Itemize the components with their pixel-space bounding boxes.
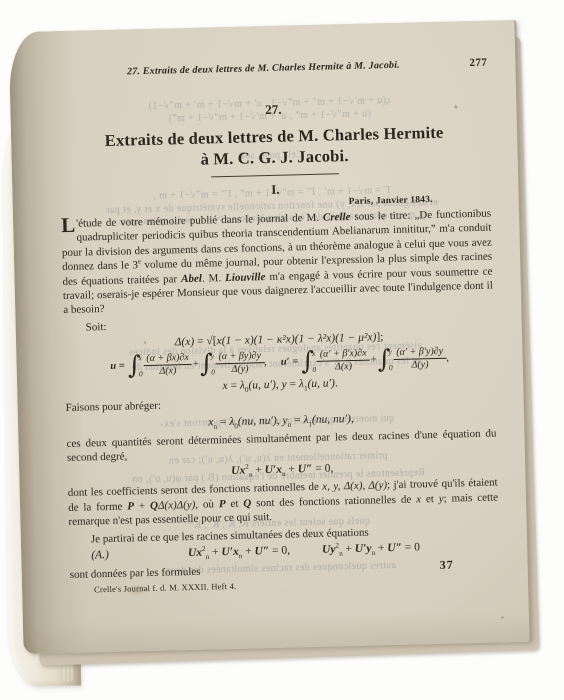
sheet-number: 37 <box>439 558 453 573</box>
book-page: ς(u + m′√−1 + m″ + m‴√−1 , u′ + m√−1 + m… <box>8 20 531 654</box>
integral-term: ∫ y0 (α′ + β′y)∂yΔ(y) <box>377 346 446 373</box>
article-title-line1: Extraits de deux lettres de M. Charles H… <box>104 123 443 150</box>
integral-term: ∫ x0 (α + βx)∂xΔ(x) <box>127 352 192 379</box>
equation-A-first: Ux2n + U′xn + U″ = 0, <box>188 545 290 559</box>
article-title: Extraits de deux lettres de M. Charles H… <box>59 121 490 173</box>
running-header-number: 27. <box>127 66 140 77</box>
fraction: (α + βx)∂xΔ(x) <box>143 352 192 378</box>
book-photo: ς(u + m′√−1 + m″ + m‴√−1 , u′ + m√−1 + m… <box>0 0 564 700</box>
paragraph-intro-text: 'étude de votre mémoire publié dans le j… <box>62 208 493 317</box>
article-title-line2: à M. C. G. J. Jacobi. <box>200 146 349 169</box>
integral-icon: ∫ <box>377 346 391 371</box>
formula-uprime: u′ = ∫ x0 (α′ + β′x)∂xΔ(x) + ∫ y0 (α′ + … <box>280 346 449 375</box>
integral-icon: ∫ <box>127 352 141 377</box>
equation-A-second: Uy2n + U′yn + U″ = 0 <box>322 541 420 555</box>
dropcap-letter: L <box>61 217 75 233</box>
title-rule <box>211 173 339 177</box>
article-number: 27. <box>58 97 488 124</box>
fraction: (α′ + β′y)∂yΔ(y) <box>393 346 446 372</box>
paragraph-coefficients: dont les coefficients seront des fonctio… <box>68 476 499 530</box>
running-header-title: 27. Extraits de deux lettres de M. Charl… <box>57 58 469 79</box>
running-header-page-number: 277 <box>469 57 487 69</box>
paragraph-intro: L'étude de votre mémoire publié dans le … <box>61 207 493 318</box>
integral-icon: ∫ <box>200 351 214 376</box>
page-content: 27. Extraits de deux lettres de M. Charl… <box>8 20 529 654</box>
paragraph-sont-donnees: sont données par les formules <box>70 566 201 581</box>
running-header: 27. Extraits de deux lettres de M. Charl… <box>57 57 487 80</box>
formula-u: u = ∫ x0 (α + βx)∂xΔ(x) + ∫ y0 (α + βy)∂… <box>110 350 267 379</box>
integral-term: ∫ y0 (α + βy)∂yΔ(y) <box>200 350 265 377</box>
fraction: (α′ + β′x)∂xΔ(x) <box>317 348 370 374</box>
integral-term: ∫ x0 (α′ + β′x)∂xΔ(x) <box>301 348 370 375</box>
fraction: (α + βy)∂yΔ(y) <box>215 351 264 377</box>
integral-icon: ∫ <box>301 348 315 373</box>
equation-A-label: (A.) <box>91 549 109 561</box>
